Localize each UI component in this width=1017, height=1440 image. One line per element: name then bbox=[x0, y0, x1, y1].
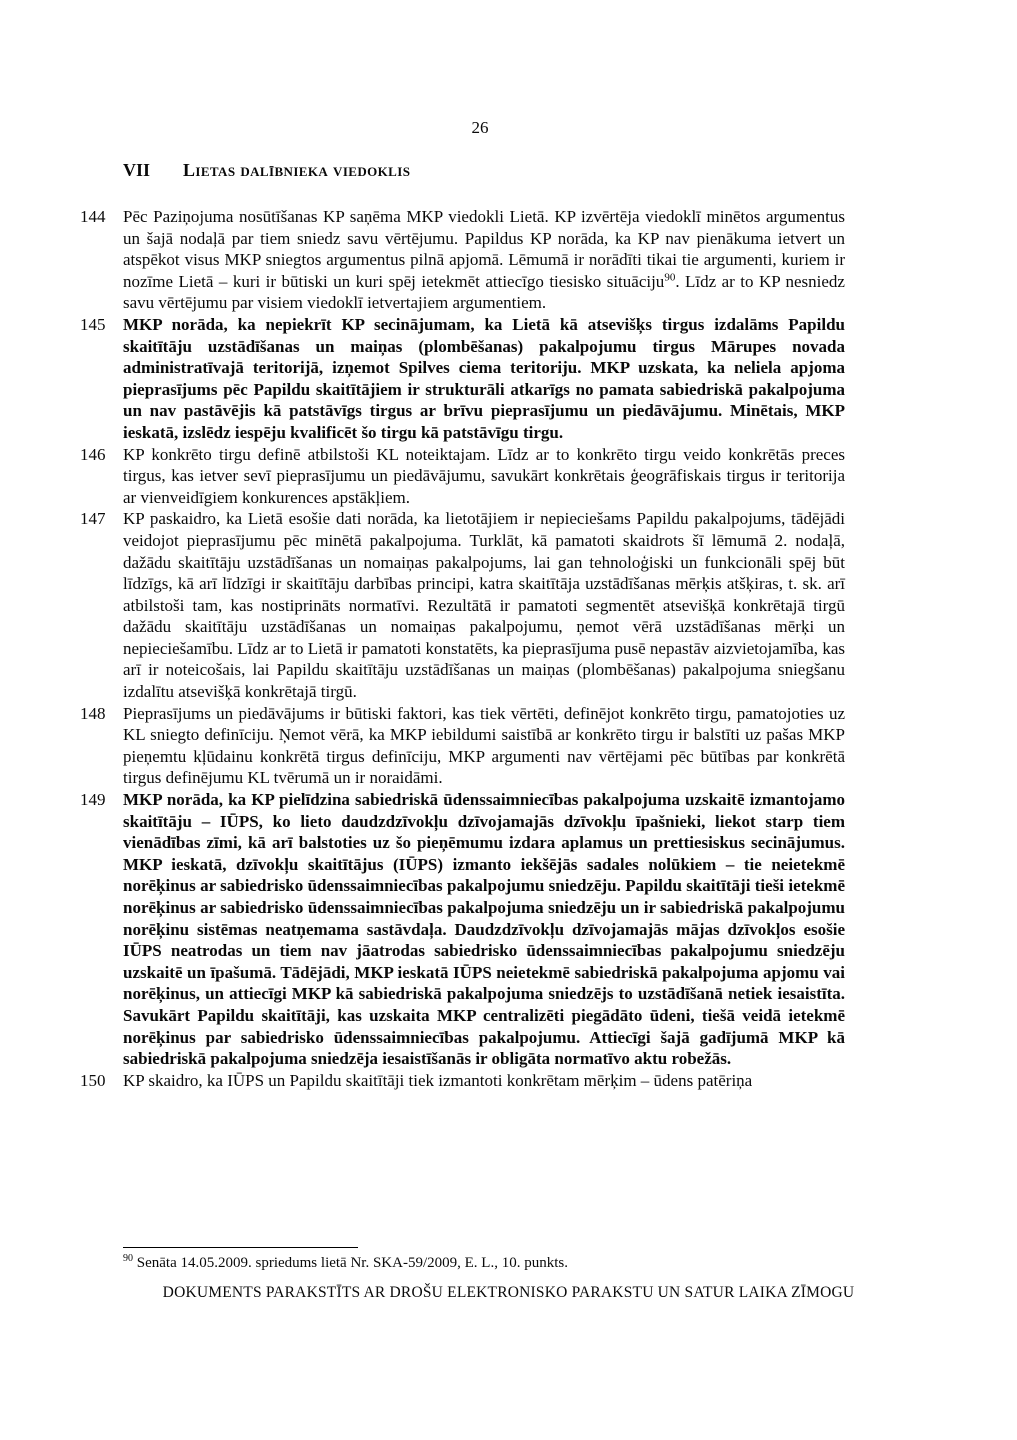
paragraph-148: 148 Pieprasījums un piedāvājums ir būtis… bbox=[80, 703, 845, 789]
paragraph-text: Pieprasījums un piedāvājums ir būtiski f… bbox=[123, 703, 845, 789]
footnote-separator bbox=[123, 1247, 358, 1248]
paragraph-number: 147 bbox=[80, 508, 123, 530]
paragraph-number: 148 bbox=[80, 703, 123, 725]
document-body: 144 Pēc Paziņojuma nosūtīšanas KP saņēma… bbox=[80, 206, 845, 1091]
paragraph-number: 144 bbox=[80, 206, 123, 228]
paragraph-number: 150 bbox=[80, 1070, 123, 1092]
footnote: 90 Senāta 14.05.2009. spriedums lietā Nr… bbox=[123, 1254, 845, 1273]
paragraph-text: KP konkrēto tirgu definē atbilstoši KL n… bbox=[123, 444, 845, 509]
paragraph-text: MKP norāda, ka KP pielīdzina sabiedriskā… bbox=[123, 789, 845, 1070]
page-number: 26 bbox=[0, 118, 960, 138]
footnote-text: Senāta 14.05.2009. spriedums lietā Nr. S… bbox=[133, 1255, 568, 1271]
paragraph-text: KP paskaidro, ka Lietā esošie dati norād… bbox=[123, 508, 845, 702]
paragraph-number: 146 bbox=[80, 444, 123, 466]
paragraph-text: KP skaidro, ka IŪPS un Papildu skaitītāj… bbox=[123, 1070, 845, 1092]
signature-footer: DOKUMENTS PARAKSTĪTS AR DROŠU ELEKTRONIS… bbox=[0, 1284, 1017, 1302]
paragraph-147: 147 KP paskaidro, ka Lietā esošie dati n… bbox=[80, 508, 845, 702]
paragraph-150: 150 KP skaidro, ka IŪPS un Papildu skait… bbox=[80, 1070, 845, 1092]
paragraph-number: 149 bbox=[80, 789, 123, 811]
footnote-reference: 90 bbox=[664, 271, 675, 283]
paragraph-144: 144 Pēc Paziņojuma nosūtīšanas KP saņēma… bbox=[80, 206, 845, 314]
paragraph-146: 146 KP konkrēto tirgu definē atbilstoši … bbox=[80, 444, 845, 509]
paragraph-text: MKP norāda, ka nepiekrīt KP secinājumam,… bbox=[123, 314, 845, 444]
section-title: Lietas dalībnieka viedoklis bbox=[183, 160, 410, 181]
paragraph-text: Pēc Paziņojuma nosūtīšanas KP saņēma MKP… bbox=[123, 206, 845, 314]
document-page: 26 VII Lietas dalībnieka viedoklis 144 P… bbox=[0, 0, 1017, 1440]
footnote-marker: 90 bbox=[123, 1253, 133, 1264]
section-numeral: VII bbox=[123, 160, 183, 181]
paragraph-number: 145 bbox=[80, 314, 123, 336]
section-heading: VII Lietas dalībnieka viedoklis bbox=[123, 160, 410, 181]
paragraph-145: 145 MKP norāda, ka nepiekrīt KP secināju… bbox=[80, 314, 845, 444]
paragraph-149: 149 MKP norāda, ka KP pielīdzina sabiedr… bbox=[80, 789, 845, 1070]
